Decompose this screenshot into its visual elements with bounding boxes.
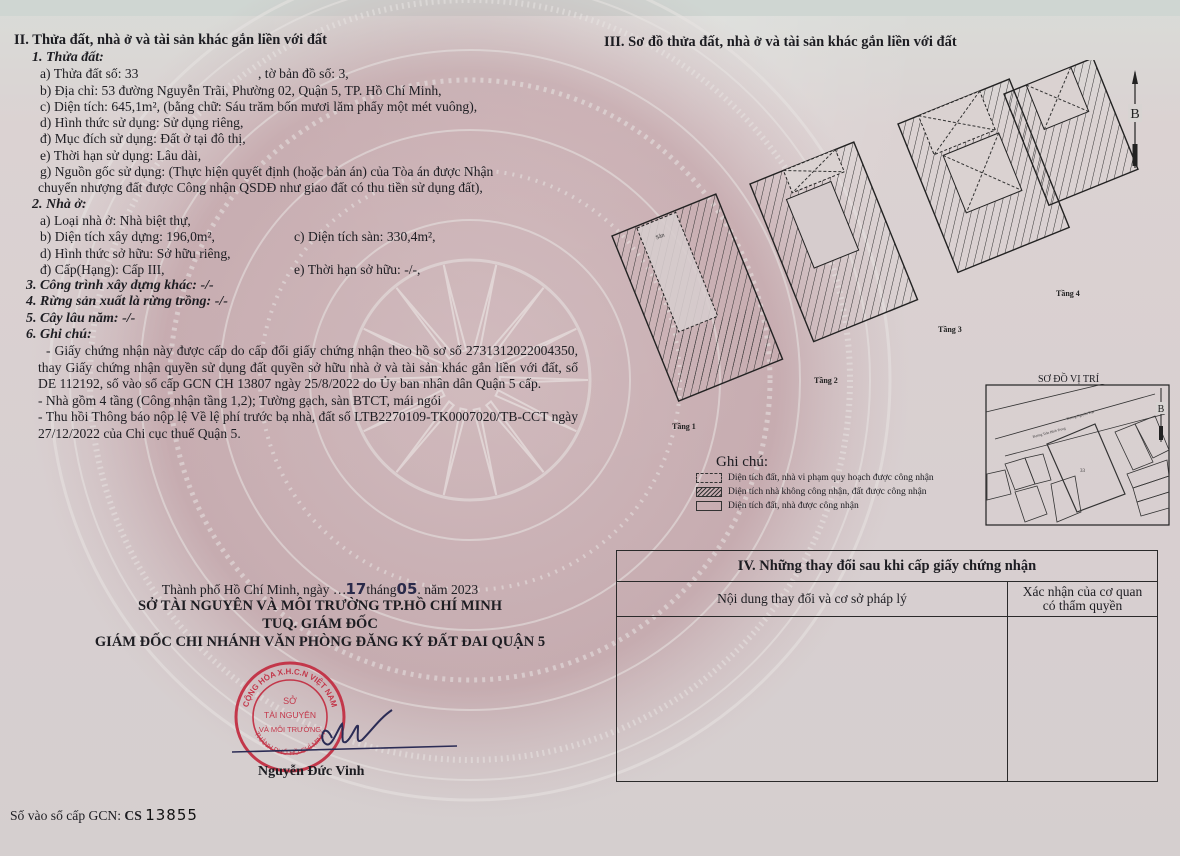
legend-box-hatched-icon xyxy=(696,487,722,497)
house-ownership-form: d) Hình thức sở hữu: Sở hữu riêng, xyxy=(14,246,579,262)
section-2-land-and-house: II. Thửa đất, nhà ở và tài sản khác gắn … xyxy=(14,32,579,442)
issue-day: 17 xyxy=(345,580,366,598)
note-item: - Nhà gồm 4 tầng (Công nhận tầng 1,2); T… xyxy=(38,393,578,410)
land-area: c) Diện tích: 645,1m², (bằng chữ: Sáu tr… xyxy=(14,99,579,115)
issuing-agency: SỞ TÀI NGUYÊN VÀ MÔI TRƯỜNG TP.HỒ CHÍ MI… xyxy=(60,598,580,616)
house-grade: đ) Cấp(Hạng): Cấp III, e) Thời hạn sở hữ… xyxy=(14,262,579,278)
change-content-cell xyxy=(617,617,1008,782)
parcel-number-value: a) Thửa đất số: 33 xyxy=(40,66,138,81)
section-3-title: III. Sơ đồ thửa đất, nhà ở và tài sản kh… xyxy=(604,34,957,51)
svg-text:Tầng 3: Tầng 3 xyxy=(938,325,962,334)
notes-heading: 6. Ghi chú: xyxy=(14,327,579,343)
svg-text:B: B xyxy=(1130,107,1139,122)
column-header-authority-confirmation: Xác nhận của cơ quan có thẩm quyền xyxy=(1008,582,1158,617)
registration-number: Số vào sổ cấp GCN: CS 13855 xyxy=(10,806,198,824)
issue-year: . năm 2023 xyxy=(417,582,478,597)
svg-text:Tầng 2: Tầng 2 xyxy=(814,376,838,385)
registration-prefix: CS xyxy=(124,808,141,823)
map-sheet-number: , tờ bản đồ số: 3, xyxy=(258,66,349,82)
parcel-number: a) Thửa đất số: 33 , tờ bản đồ số: 3, xyxy=(14,66,579,82)
house-heading: 2. Nhà ở: xyxy=(14,197,579,213)
column-header-change-content: Nội dung thay đổi và cơ sở pháp lý xyxy=(617,582,1008,617)
changes-after-issuance-table: IV. Những thay đổi sau khi cấp giấy chứn… xyxy=(616,550,1158,782)
issue-place: Thành phố Hồ Chí Minh, ngày xyxy=(162,582,333,597)
house-grade-value: đ) Cấp(Hạng): Cấp III, xyxy=(40,262,165,277)
month-label: tháng xyxy=(366,582,396,597)
other-structures: 3. Công trình xây dựng khác: -/- xyxy=(14,278,579,294)
plan-legend: Ghi chú: Diện tích đất, nhà vi phạm quy … xyxy=(696,454,934,513)
land-use-origin: g) Nguồn gốc sử dụng: (Thực hiện quyết đ… xyxy=(14,164,579,180)
on-behalf-of: TUQ. GIÁM ĐỐC xyxy=(60,616,580,634)
production-forest: 4. Rừng sản xuất là rừng trồng: -/- xyxy=(14,294,579,310)
column-header-line: có thẩm quyền xyxy=(1009,599,1156,613)
certificate-page: II. Thửa đất, nhà ở và tài sản khác gắn … xyxy=(0,0,1180,856)
registration-label: Số vào sổ cấp GCN: xyxy=(10,808,124,823)
note-item: - Thu hồi Thông báo nộp lệ Về lệ phí trư… xyxy=(38,409,578,442)
svg-text:Tầng 1: Tầng 1 xyxy=(672,422,696,431)
svg-text:Tầng 4: Tầng 4 xyxy=(1056,289,1080,298)
legend-item: Diện tích đất, nhà vi phạm quy hoạch đượ… xyxy=(696,471,934,485)
signing-block: Thành phố Hồ Chí Minh, ngày …17tháng05. … xyxy=(60,580,580,652)
land-use-term: e) Thời hạn sử dụng: Lâu dài, xyxy=(14,148,579,164)
signer-name: Nguyễn Đức Vinh xyxy=(258,764,364,780)
note-item: - Giấy chứng nhận này được cấp do cấp đổ… xyxy=(38,343,578,393)
svg-text:Đường Trần Bình Trọng: Đường Trần Bình Trọng xyxy=(1032,426,1066,439)
handwritten-signature xyxy=(232,700,472,760)
house-build-area: b) Diện tích xây dựng: 196,0m², c) Diện … xyxy=(14,229,579,245)
column-header-line: Xác nhận của cơ quan xyxy=(1009,585,1156,599)
land-heading: 1. Thửa đất: xyxy=(14,50,579,66)
legend-item: Diện tích nhà không công nhận, đất được … xyxy=(696,485,934,499)
legend-box-outline-icon xyxy=(696,473,722,483)
land-address: b) Địa chỉ: 53 đường Nguyễn Trãi, Phường… xyxy=(14,83,579,99)
section-4-title: IV. Những thay đổi sau khi cấp giấy chứn… xyxy=(617,551,1158,582)
legend-label: Diện tích nhà không công nhận, đất được … xyxy=(728,487,927,497)
land-use-purpose: đ) Mục đích sử dụng: Đất ở tại đô thị, xyxy=(14,131,579,147)
legend-box-plain-icon xyxy=(696,501,722,511)
floor-1-plan: Sân xyxy=(612,194,783,401)
svg-text:33: 33 xyxy=(1080,469,1086,474)
svg-text:B: B xyxy=(1158,404,1165,415)
legend-title: Ghi chú: xyxy=(716,454,934,471)
house-type: a) Loại nhà ở: Nhà biệt thự, xyxy=(14,213,579,229)
issue-date: Thành phố Hồ Chí Minh, ngày …17tháng05. … xyxy=(60,580,580,598)
issue-month: 05 xyxy=(397,580,418,598)
house-ownership-term: e) Thời hạn sở hữu: -/-, xyxy=(294,262,420,278)
perennial-trees: 5. Cây lâu năm: -/- xyxy=(14,311,579,327)
notes-list: - Giấy chứng nhận này được cấp do cấp đổ… xyxy=(14,343,578,442)
section-2-title: II. Thửa đất, nhà ở và tài sản khác gắn … xyxy=(14,32,579,50)
page-top-edge xyxy=(0,0,1180,16)
site-location-map: 33 Đường Nguyễn Trãi Đường Trần Bình Trọ… xyxy=(985,384,1170,526)
svg-text:Đường Nguyễn Trãi: Đường Nguyễn Trãi xyxy=(1066,409,1095,421)
house-floor-area: c) Diện tích sàn: 330,4m², xyxy=(294,229,436,245)
authority-confirmation-cell xyxy=(1008,617,1158,782)
signer-position: GIÁM ĐỐC CHI NHÁNH VĂN PHÒNG ĐĂNG KÝ ĐẤT… xyxy=(60,634,580,652)
legend-item: Diện tích đất, nhà được công nhận xyxy=(696,499,934,513)
legend-label: Diện tích đất, nhà vi phạm quy hoạch đượ… xyxy=(728,473,934,483)
floor-2-plan xyxy=(750,142,918,342)
house-build-area-value: b) Diện tích xây dựng: 196,0m², xyxy=(40,229,215,244)
legend-label: Diện tích đất, nhà được công nhận xyxy=(728,501,859,511)
land-use-form: d) Hình thức sử dụng: Sử dụng riêng, xyxy=(14,115,579,131)
land-use-origin-cont: chuyển nhượng đất được Công nhận QSDĐ nh… xyxy=(14,180,579,196)
registration-value: 13855 xyxy=(145,806,198,824)
